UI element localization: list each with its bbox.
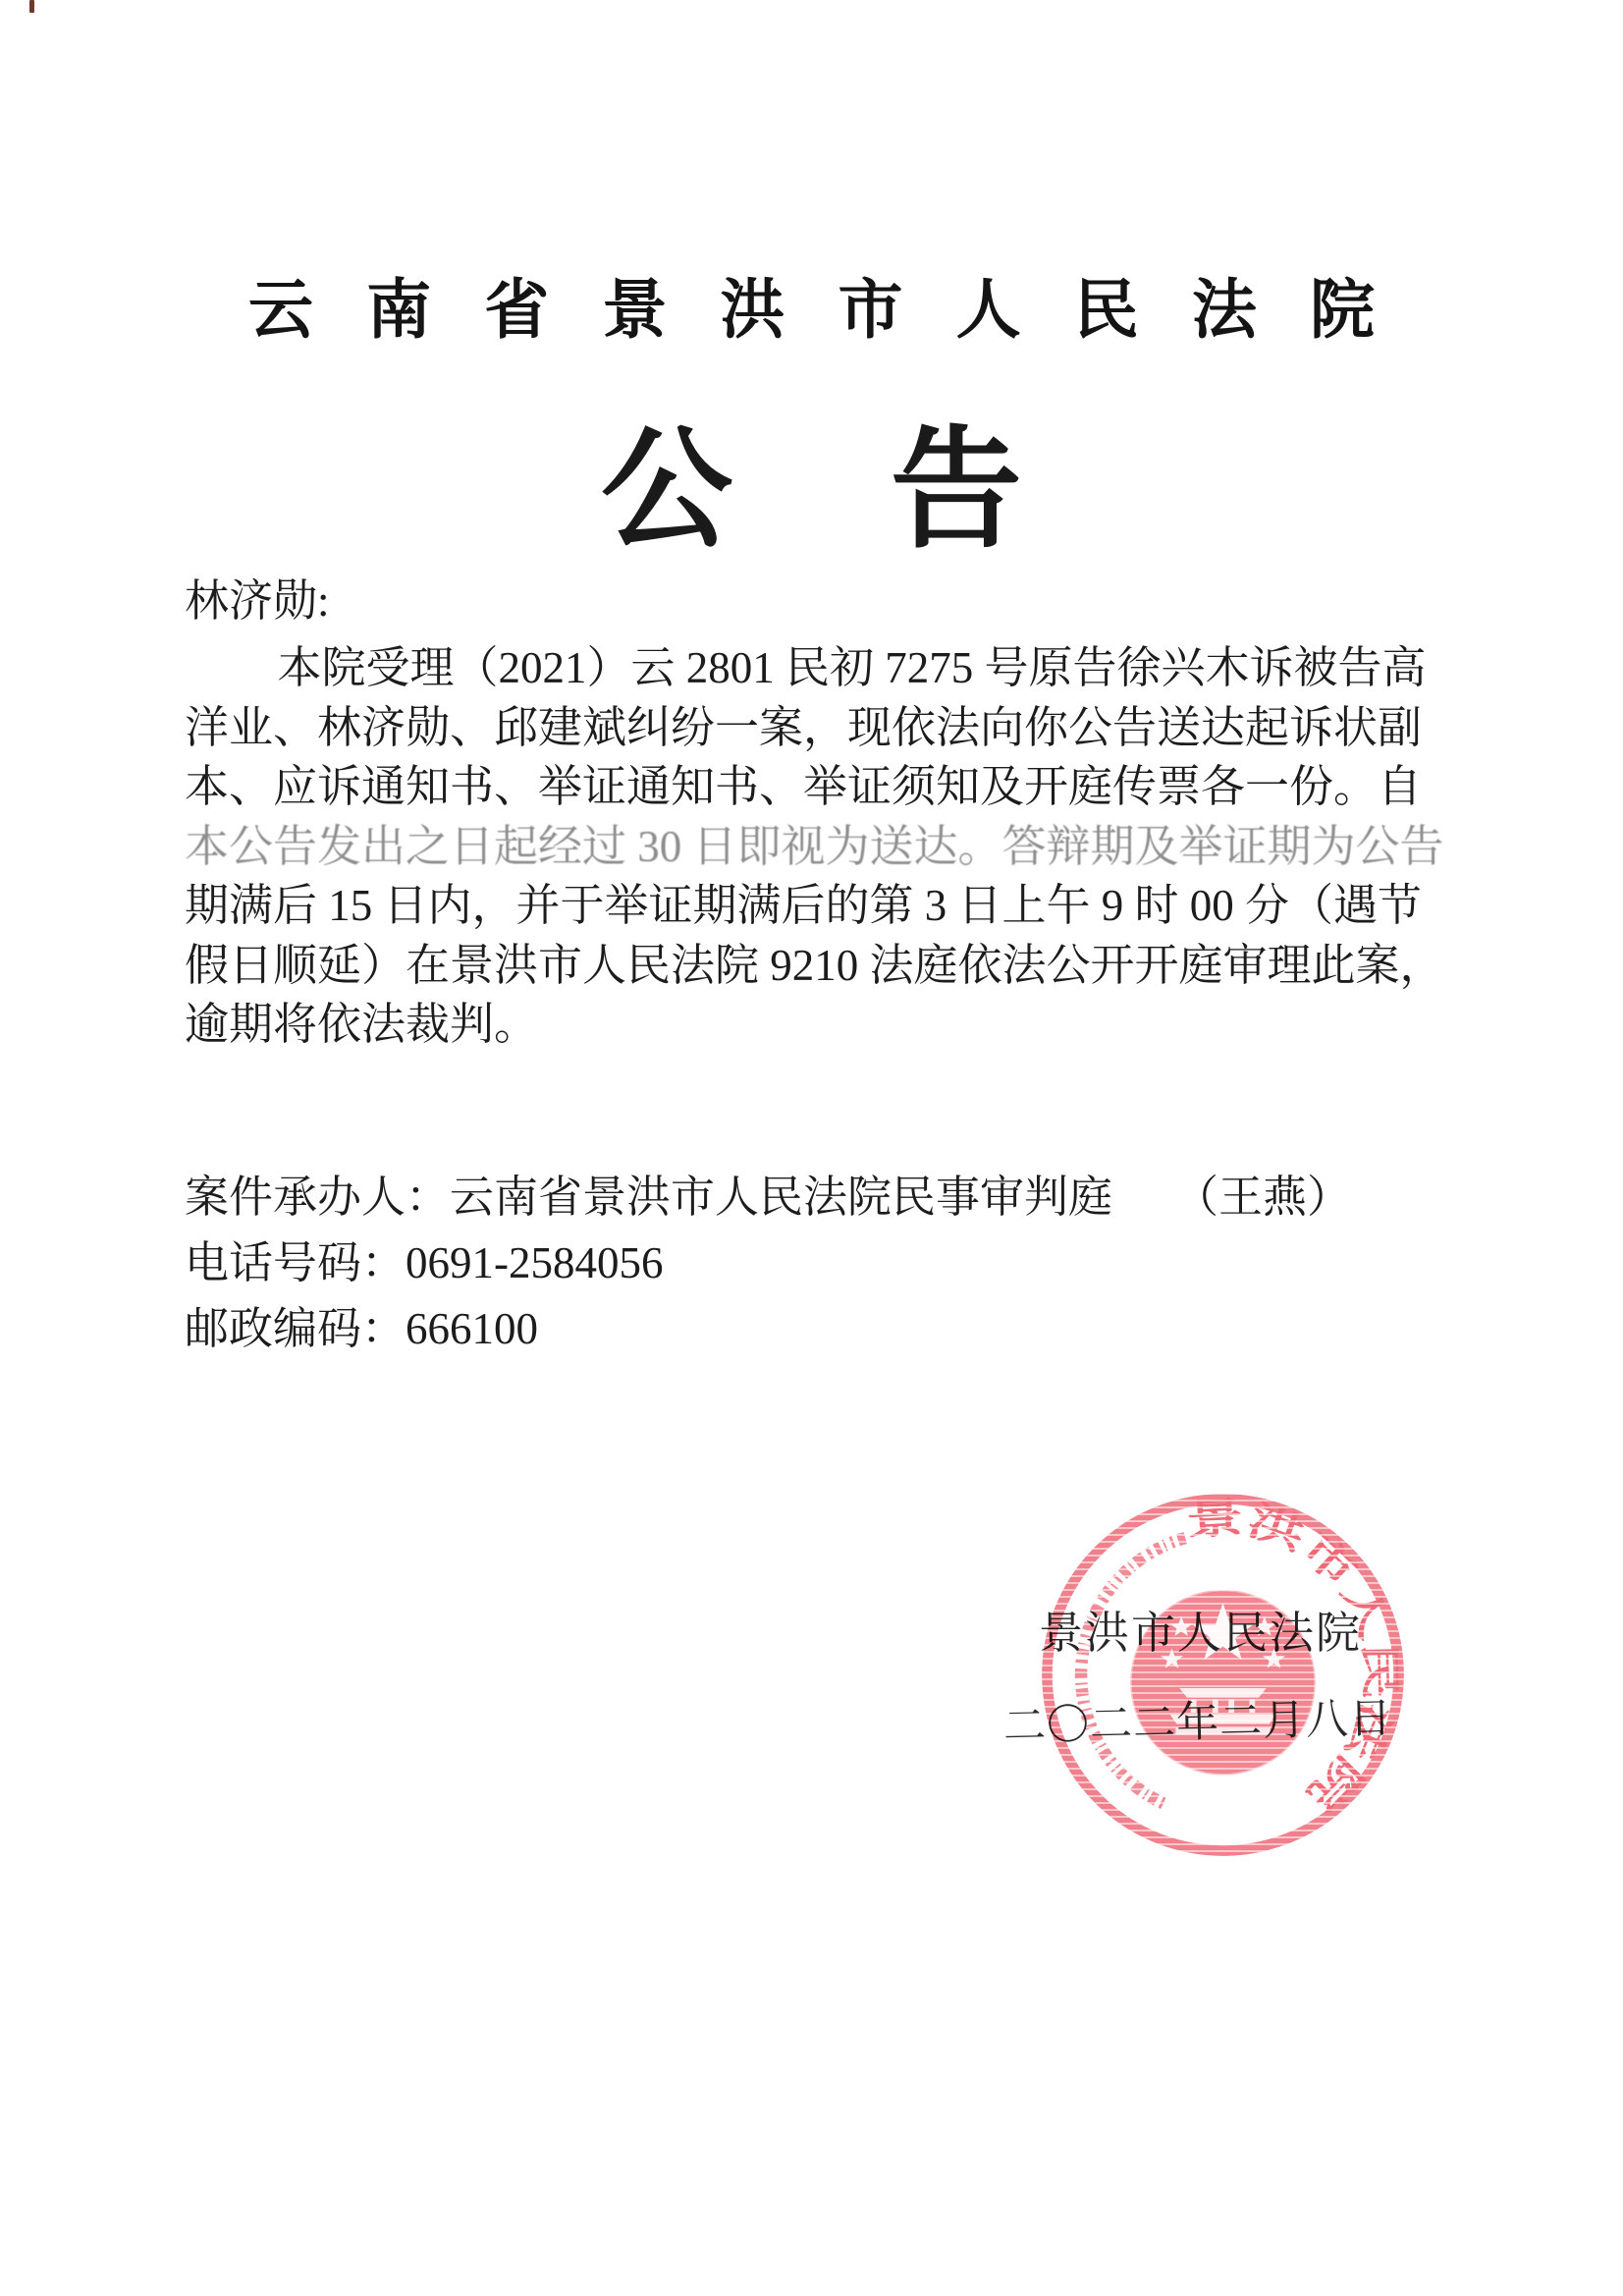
seal-ring-text: 景洪市人民法院 bbox=[1185, 1495, 1402, 1820]
body-line: 本、应诉通知书、举证通知书、举证须知及开庭传票各一份。自 bbox=[185, 757, 1456, 817]
case-handler-value: 云南省景洪市人民法院民事审判庭 bbox=[450, 1173, 1112, 1222]
phone-row: 电话号码：0691-2584056 bbox=[185, 1230, 1351, 1296]
seal-overlay-court-name: 景洪市人民法院 bbox=[1039, 1597, 1362, 1661]
postal-code: 666100 bbox=[406, 1304, 538, 1353]
court-title: 云南省景洪市人民法院 bbox=[0, 257, 1623, 351]
announcement-body: 本院受理（2021）云 2801 民初 7275 号原告徐兴木诉被告高 洋业、林… bbox=[185, 638, 1456, 1055]
seal-outer-ring bbox=[1047, 1499, 1398, 1850]
postal-row: 邮政编码：666100 bbox=[185, 1296, 1351, 1362]
announcement-page: 云南省景洪市人民法院 公告 林济勋: 本院受理（2021）云 2801 民初 7… bbox=[0, 0, 1623, 2296]
body-line: 本公告发出之日起经过 30 日即视为送达。答辩期及举证期为公告 bbox=[185, 817, 1456, 877]
court-seal-stamp: 景洪市人民法院 bbox=[1034, 1486, 1412, 1864]
document-title: 公告 bbox=[0, 385, 1623, 574]
body-line: 洋业、林济勋、邱建斌纠纷一案，现依法向你公告送达起诉状副 bbox=[185, 698, 1456, 758]
case-handler-label: 案件承办人： bbox=[185, 1173, 450, 1222]
official-seal-icon: 景洪市人民法院 bbox=[1034, 1486, 1412, 1864]
phone-number: 0691-2584056 bbox=[406, 1238, 664, 1287]
postal-label: 邮政编码： bbox=[185, 1304, 406, 1353]
body-line: 期满后 15 日内，并于举证期满后的第 3 日上午 9 时 00 分（遇节 bbox=[185, 876, 1456, 936]
case-handler-row: 案件承办人：云南省景洪市人民法院民事审判庭（王燕） bbox=[185, 1165, 1351, 1230]
seal-overlay-date: 二〇二二年二月八日 bbox=[1002, 1685, 1392, 1753]
seal-scan-banding bbox=[1034, 1486, 1412, 1864]
national-emblem-icon bbox=[1130, 1590, 1316, 1776]
case-handler-person: （王燕） bbox=[1174, 1173, 1351, 1222]
seal-ring-text-path: 景洪市人民法院 bbox=[1185, 1495, 1402, 1820]
body-line: 假日顺延）在景洪市人民法院 9210 法庭依法公开开庭审理此案， bbox=[185, 936, 1456, 996]
phone-label: 电话号码： bbox=[185, 1238, 406, 1287]
body-line: 本院受理（2021）云 2801 民初 7275 号原告徐兴木诉被告高 bbox=[185, 638, 1456, 698]
body-line: 逾期将依法裁判。 bbox=[185, 995, 1456, 1055]
recipient-name: 林济勋: bbox=[185, 574, 330, 629]
scan-corner-mark bbox=[29, 0, 34, 13]
seal-dai-script bbox=[1081, 1538, 1186, 1803]
contact-block: 案件承办人：云南省景洪市人民法院民事审判庭（王燕） 电话号码：0691-2584… bbox=[185, 1165, 1351, 1362]
